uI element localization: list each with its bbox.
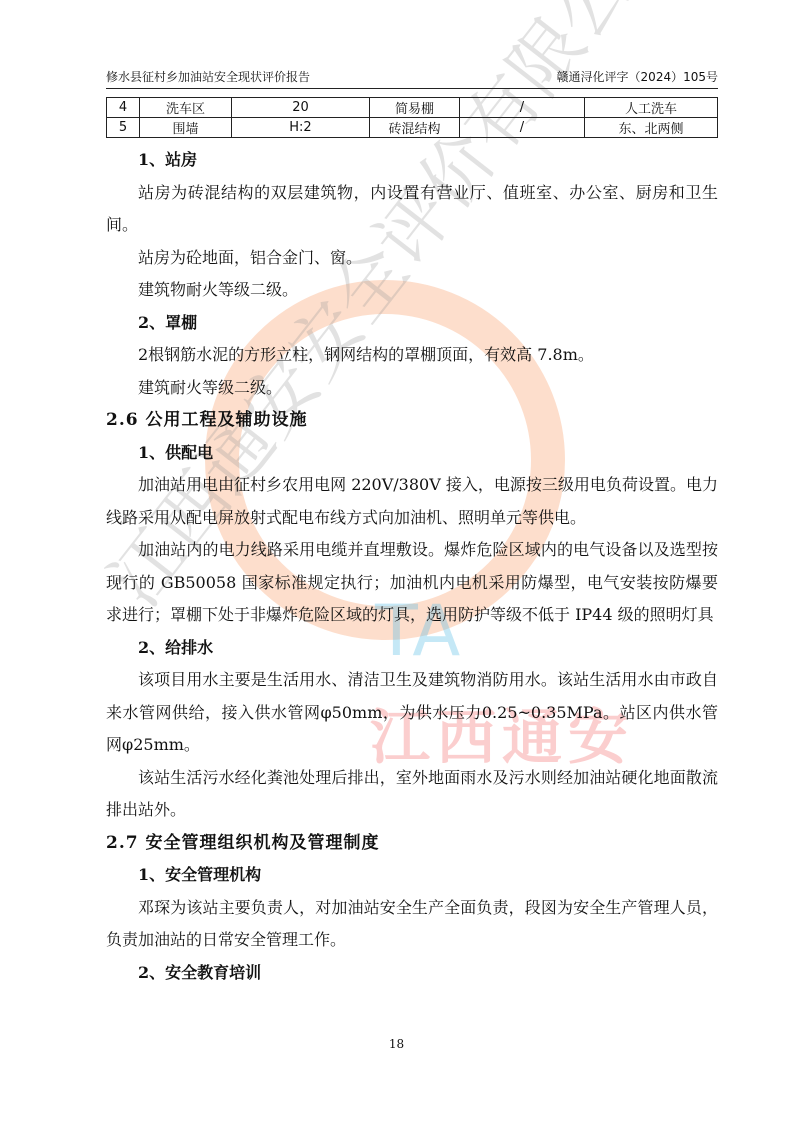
paragraph: 该站生活污水经化粪池处理后排出，室外地面雨水及污水则经加油站硬化地面散流排出站外… [106, 762, 718, 827]
table-row: 5 围墙 H:2 砖混结构 / 东、北两侧 [107, 118, 718, 138]
table-cell: 20 [232, 98, 370, 118]
table-row: 4 洗车区 20 简易棚 / 人工洗车 [107, 98, 718, 118]
page-header: 修水县征村乡加油站安全现状评价报告 赣通浔化评字（2024）105号 [106, 66, 718, 89]
paragraph: 建筑耐火等级二级。 [106, 372, 718, 405]
page-number: 18 [0, 1037, 793, 1051]
table-cell: / [460, 98, 585, 118]
paragraph: 加油站用电由征村乡农用电网 220V/380V 接入，电源按三级用电负荷设置。电… [106, 469, 718, 534]
paragraph: 该项目用水主要是生活用水、清洁卫生及建筑物消防用水。该站生活用水由市政自来水管网… [106, 664, 718, 762]
header-report-number: 赣通浔化评字（2024）105号 [557, 68, 718, 85]
paragraph: 邓琛为该站主要负责人，对加油站安全生产全面负责，段図为安全生产管理人员，负责加油… [106, 892, 718, 957]
paragraph: 2根钢筋水泥的方形立柱，钢网结构的罩棚顶面，有效高 7.8m。 [106, 339, 718, 372]
subheading-station-house: 1、站房 [106, 144, 718, 177]
table-cell: 洗车区 [140, 98, 232, 118]
table-cell: 4 [107, 98, 140, 118]
table-cell: 砖混结构 [370, 118, 460, 138]
table-cell: 东、北两侧 [585, 118, 718, 138]
table-cell: / [460, 118, 585, 138]
subheading-safety-training: 2、安全教育培训 [106, 957, 718, 990]
paragraph: 建筑物耐火等级二级。 [106, 274, 718, 307]
table-cell: H:2 [232, 118, 370, 138]
table-cell: 围墙 [140, 118, 232, 138]
paragraph: 加油站内的电力线路采用电缆并直埋敷设。爆炸危险区域内的电气设备以及选型按现行的 … [106, 534, 718, 632]
table-cell: 简易棚 [370, 98, 460, 118]
subheading-water-supply: 2、给排水 [106, 632, 718, 665]
subheading-safety-org: 1、安全管理机构 [106, 859, 718, 892]
section-heading-2-7: 2.7 安全管理组织机构及管理制度 [106, 827, 718, 860]
section-heading-2-6: 2.6 公用工程及辅助设施 [106, 404, 718, 437]
subheading-canopy: 2、罩棚 [106, 307, 718, 340]
table-cell: 5 [107, 118, 140, 138]
facility-table: 4 洗车区 20 简易棚 / 人工洗车 5 围墙 H:2 砖混结构 / 东、北两… [106, 97, 718, 138]
header-report-title: 修水县征村乡加油站安全现状评价报告 [106, 68, 310, 85]
subheading-power-supply: 1、供配电 [106, 437, 718, 470]
paragraph: 站房为砖混结构的双层建筑物，内设置有营业厅、值班室、办公室、厨房和卫生间。 [106, 177, 718, 242]
paragraph: 站房为砼地面，铝合金门、窗。 [106, 242, 718, 275]
table-cell: 人工洗车 [585, 98, 718, 118]
document-body: 1、站房 站房为砖混结构的双层建筑物，内设置有营业厅、值班室、办公室、厨房和卫生… [106, 144, 718, 989]
